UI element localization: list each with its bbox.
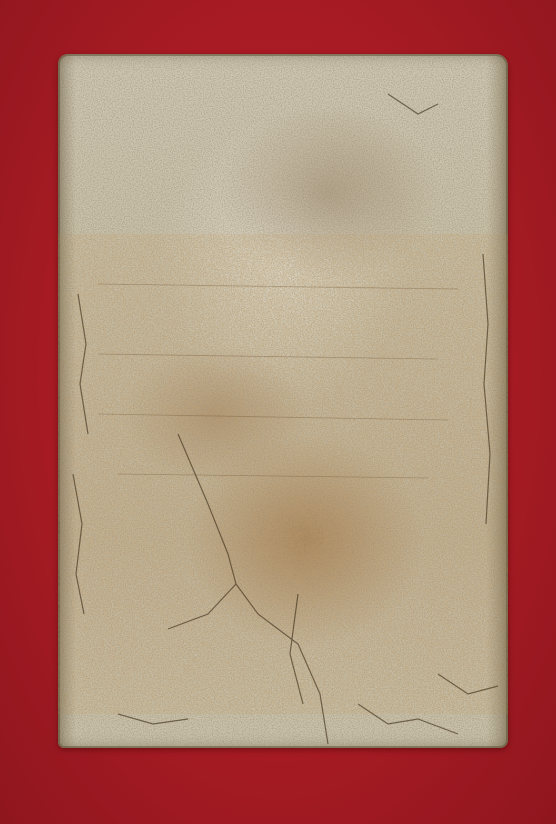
tablet-texture [58,54,508,748]
stone-tablet [58,54,508,748]
photo-scene [0,0,556,824]
tablet-right-edge [486,54,508,748]
tablet-left-edge [58,54,76,748]
